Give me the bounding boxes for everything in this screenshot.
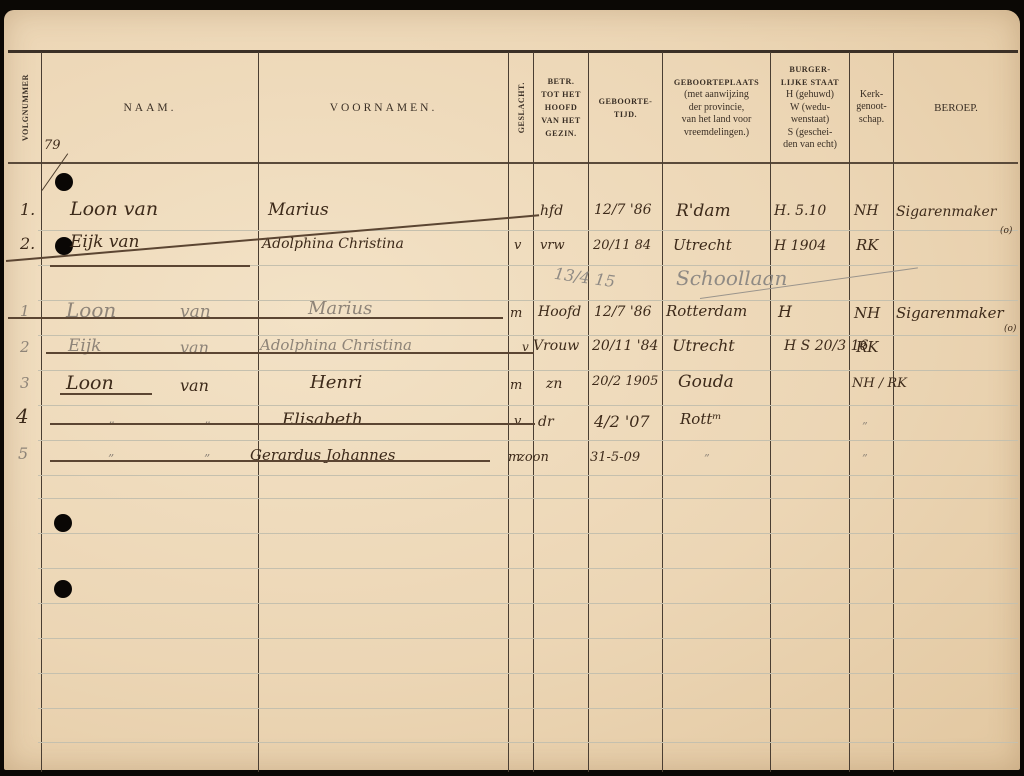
strike-line-b3 xyxy=(60,393,152,395)
entry-b5-geboortetijd: 31-5-09 xyxy=(590,450,640,465)
strike-line-b5 xyxy=(50,460,490,462)
punch-hole-1 xyxy=(55,173,73,191)
entry-b4-kerk: ” xyxy=(862,420,868,433)
pencil-note-text: Schoollaan xyxy=(676,266,787,290)
entry-b3-betrekking: zn xyxy=(546,376,562,392)
entry-b3-geboorteplaats: Gouda xyxy=(678,372,734,392)
ruled-line xyxy=(38,638,1018,639)
entry-a1-nr: 1. xyxy=(20,200,35,219)
entry-b1-geboorteplaats: Rotterdam xyxy=(666,302,747,320)
punch-hole-4 xyxy=(54,580,72,598)
entry-b5-kerk: ” xyxy=(862,452,868,465)
entry-b5-geboorteplaats: ” xyxy=(704,452,710,465)
ruled-line xyxy=(38,603,1018,604)
entry-a1-naam: Loon van xyxy=(70,198,158,220)
entry-a1-geboortetijd: 12/7 '86 xyxy=(594,202,652,218)
entry-a2-geslacht: v xyxy=(514,238,521,253)
entry-a1-geboorteplaats: R'dam xyxy=(676,201,731,221)
entry-a1-kerk: NH xyxy=(854,203,878,219)
entry-b1-naam2: van xyxy=(180,302,211,322)
entry-b3-geboortetijd: 20/2 1905 xyxy=(592,374,658,389)
punch-hole-3 xyxy=(54,514,72,532)
entry-a1-betrekking: hfd xyxy=(540,203,563,219)
ruled-line xyxy=(38,230,1018,231)
header-geslacht: GESLACHT. xyxy=(509,53,533,162)
ruled-line xyxy=(38,673,1018,674)
entry-a2-geboortetijd: 20/11 84 xyxy=(593,238,651,253)
entry-b1-beroep-note: (o) xyxy=(1004,324,1016,334)
entry-b2-betrekking: Vrouw xyxy=(533,338,579,354)
header-volgnummer: VOLGNUMMER xyxy=(10,53,41,162)
ruled-line xyxy=(38,568,1018,569)
entry-b3-kerk: NH / RK xyxy=(852,376,907,391)
entry-a2-burgerlijke-staat: H 1904 xyxy=(774,238,826,254)
header-burgerlijke-staat: BURGER- LIJKE STAAT H (gehuwd) W (wedu- … xyxy=(771,53,849,162)
ruled-line xyxy=(38,300,1018,301)
strike-line-b2 xyxy=(46,352,534,354)
entry-b5-nr: 5 xyxy=(18,444,28,463)
ruled-line xyxy=(38,742,1018,743)
strike-line-b4 xyxy=(50,423,535,425)
entry-b1-burgerlijke-staat: H xyxy=(778,302,792,321)
header-geboorteplaats: GEBOORTEPLAATS (met aanwijzing der provi… xyxy=(663,53,770,162)
entry-a2-kerk: RK xyxy=(856,236,879,254)
header-geboortetijd: GEBOORTE- TIJD. xyxy=(589,53,662,162)
entry-b1-kerk: NH xyxy=(854,304,880,322)
entry-b2-nr: 2 xyxy=(20,338,30,356)
entry-a2-nr: 2. xyxy=(20,234,35,253)
entry-b2-naam2: van xyxy=(180,338,209,357)
ruled-line xyxy=(38,498,1018,499)
entry-b2-geboortetijd: 20/11 '84 xyxy=(592,338,658,354)
entry-b4-geslacht: v xyxy=(514,414,521,429)
entry-b1-voornamen: Marius xyxy=(308,298,372,319)
entry-b1-betrekking: Hoofd xyxy=(538,304,581,320)
ruled-line xyxy=(38,708,1018,709)
header-bottom-rule xyxy=(8,162,1018,164)
entry-a2-betrekking: vrw xyxy=(540,238,565,253)
entry-b1-geboortetijd: 12/7 '86 xyxy=(594,304,652,320)
entry-b2-kerk: RK xyxy=(856,338,879,356)
entry-a1-voornamen: Marius xyxy=(268,200,329,220)
entry-b5-naam2: ” xyxy=(204,452,210,466)
entry-b4-geboortetijd: 4/2 '07 xyxy=(594,412,650,431)
entry-b3-geslacht: m xyxy=(510,378,522,393)
entry-b2-geboorteplaats: Utrecht xyxy=(672,336,735,355)
entry-b3-nr: 3 xyxy=(20,374,30,392)
entry-b3-naam: Loon xyxy=(66,372,114,394)
strike-line-b1 xyxy=(8,317,503,319)
entry-a2-voornamen: Adolphina Christina xyxy=(262,236,404,252)
entry-b4-betrekking: dr xyxy=(538,414,554,430)
header-voornamen: VOORNAMEN. xyxy=(259,53,508,162)
ruled-line xyxy=(38,335,1018,336)
ruled-line xyxy=(38,405,1018,406)
entry-b3-voornamen: Henri xyxy=(310,372,362,393)
strike-line-a-underline xyxy=(50,265,250,267)
card-number: 79 xyxy=(44,138,61,153)
entry-b1-geslacht: m xyxy=(510,306,522,321)
entry-a2-geboorteplaats: Utrecht xyxy=(673,236,732,254)
entry-b5-naam: ” xyxy=(108,452,114,466)
ruled-line xyxy=(38,533,1018,534)
entry-a1-burgerlijke-staat: H. 5.10 xyxy=(774,203,826,219)
header-naam: NAAM. xyxy=(42,53,258,162)
header-beroep: BEROEP. xyxy=(894,53,1018,162)
ruled-line xyxy=(38,440,1018,441)
entry-b4-geboorteplaats: Rottᵐ xyxy=(680,410,722,428)
ruled-line xyxy=(38,370,1018,371)
entry-b3-naam2: van xyxy=(180,376,209,395)
entry-a1-beroep-note: (o) xyxy=(1000,226,1012,236)
header-betrekking: BETR. TOT HET HOOFD VAN HET GEZIN. xyxy=(534,53,588,162)
header-kerkgenootschap: Kerk- genoot- schap. xyxy=(850,53,893,162)
entry-b5-betrekking: zoon xyxy=(518,450,549,465)
entry-b1-beroep: Sigarenmaker xyxy=(896,304,1004,322)
entry-a1-beroep: Sigarenmaker xyxy=(896,204,996,220)
entry-b4-voornamen: Elisabeth xyxy=(282,410,363,430)
ruled-line xyxy=(38,475,1018,476)
entry-b4-nr: 4 xyxy=(16,404,29,428)
